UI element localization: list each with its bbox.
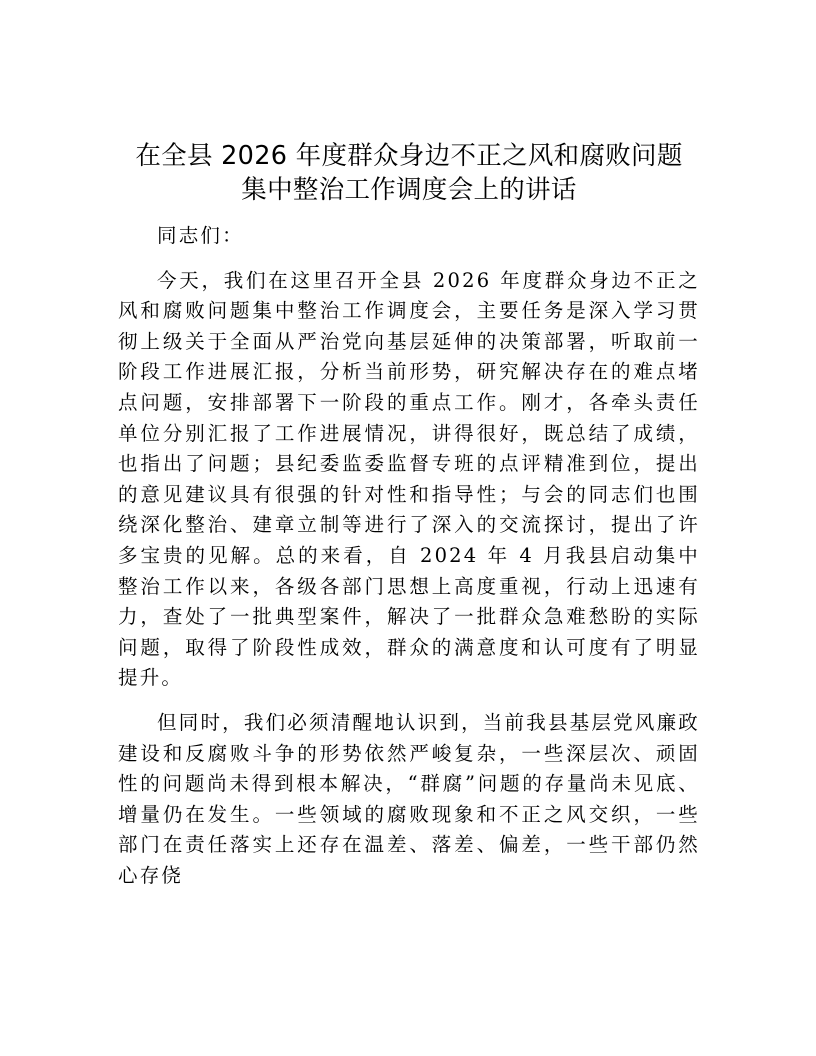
paragraph-situation: 但同时，我们必须清醒地认识到，当前我县基层党风廉政建设和反腐败斗争的形势依然严峻… (118, 708, 700, 892)
paragraph-opening: 今天，我们在这里召开全县 2026 年度群众身边不正之风和腐败问题集中整治工作调… (118, 266, 700, 694)
document-title: 在全县 2026 年度群众身边不正之风和腐败问题 集中整治工作调度会上的讲话 (118, 139, 700, 207)
title-line-2: 集中整治工作调度会上的讲话 (118, 173, 700, 207)
title-line-1: 在全县 2026 年度群众身边不正之风和腐败问题 (118, 139, 700, 173)
salutation: 同志们： (118, 221, 700, 252)
document-page: 在全县 2026 年度群众身边不正之风和腐败问题 集中整治工作调度会上的讲话 同… (118, 139, 700, 891)
